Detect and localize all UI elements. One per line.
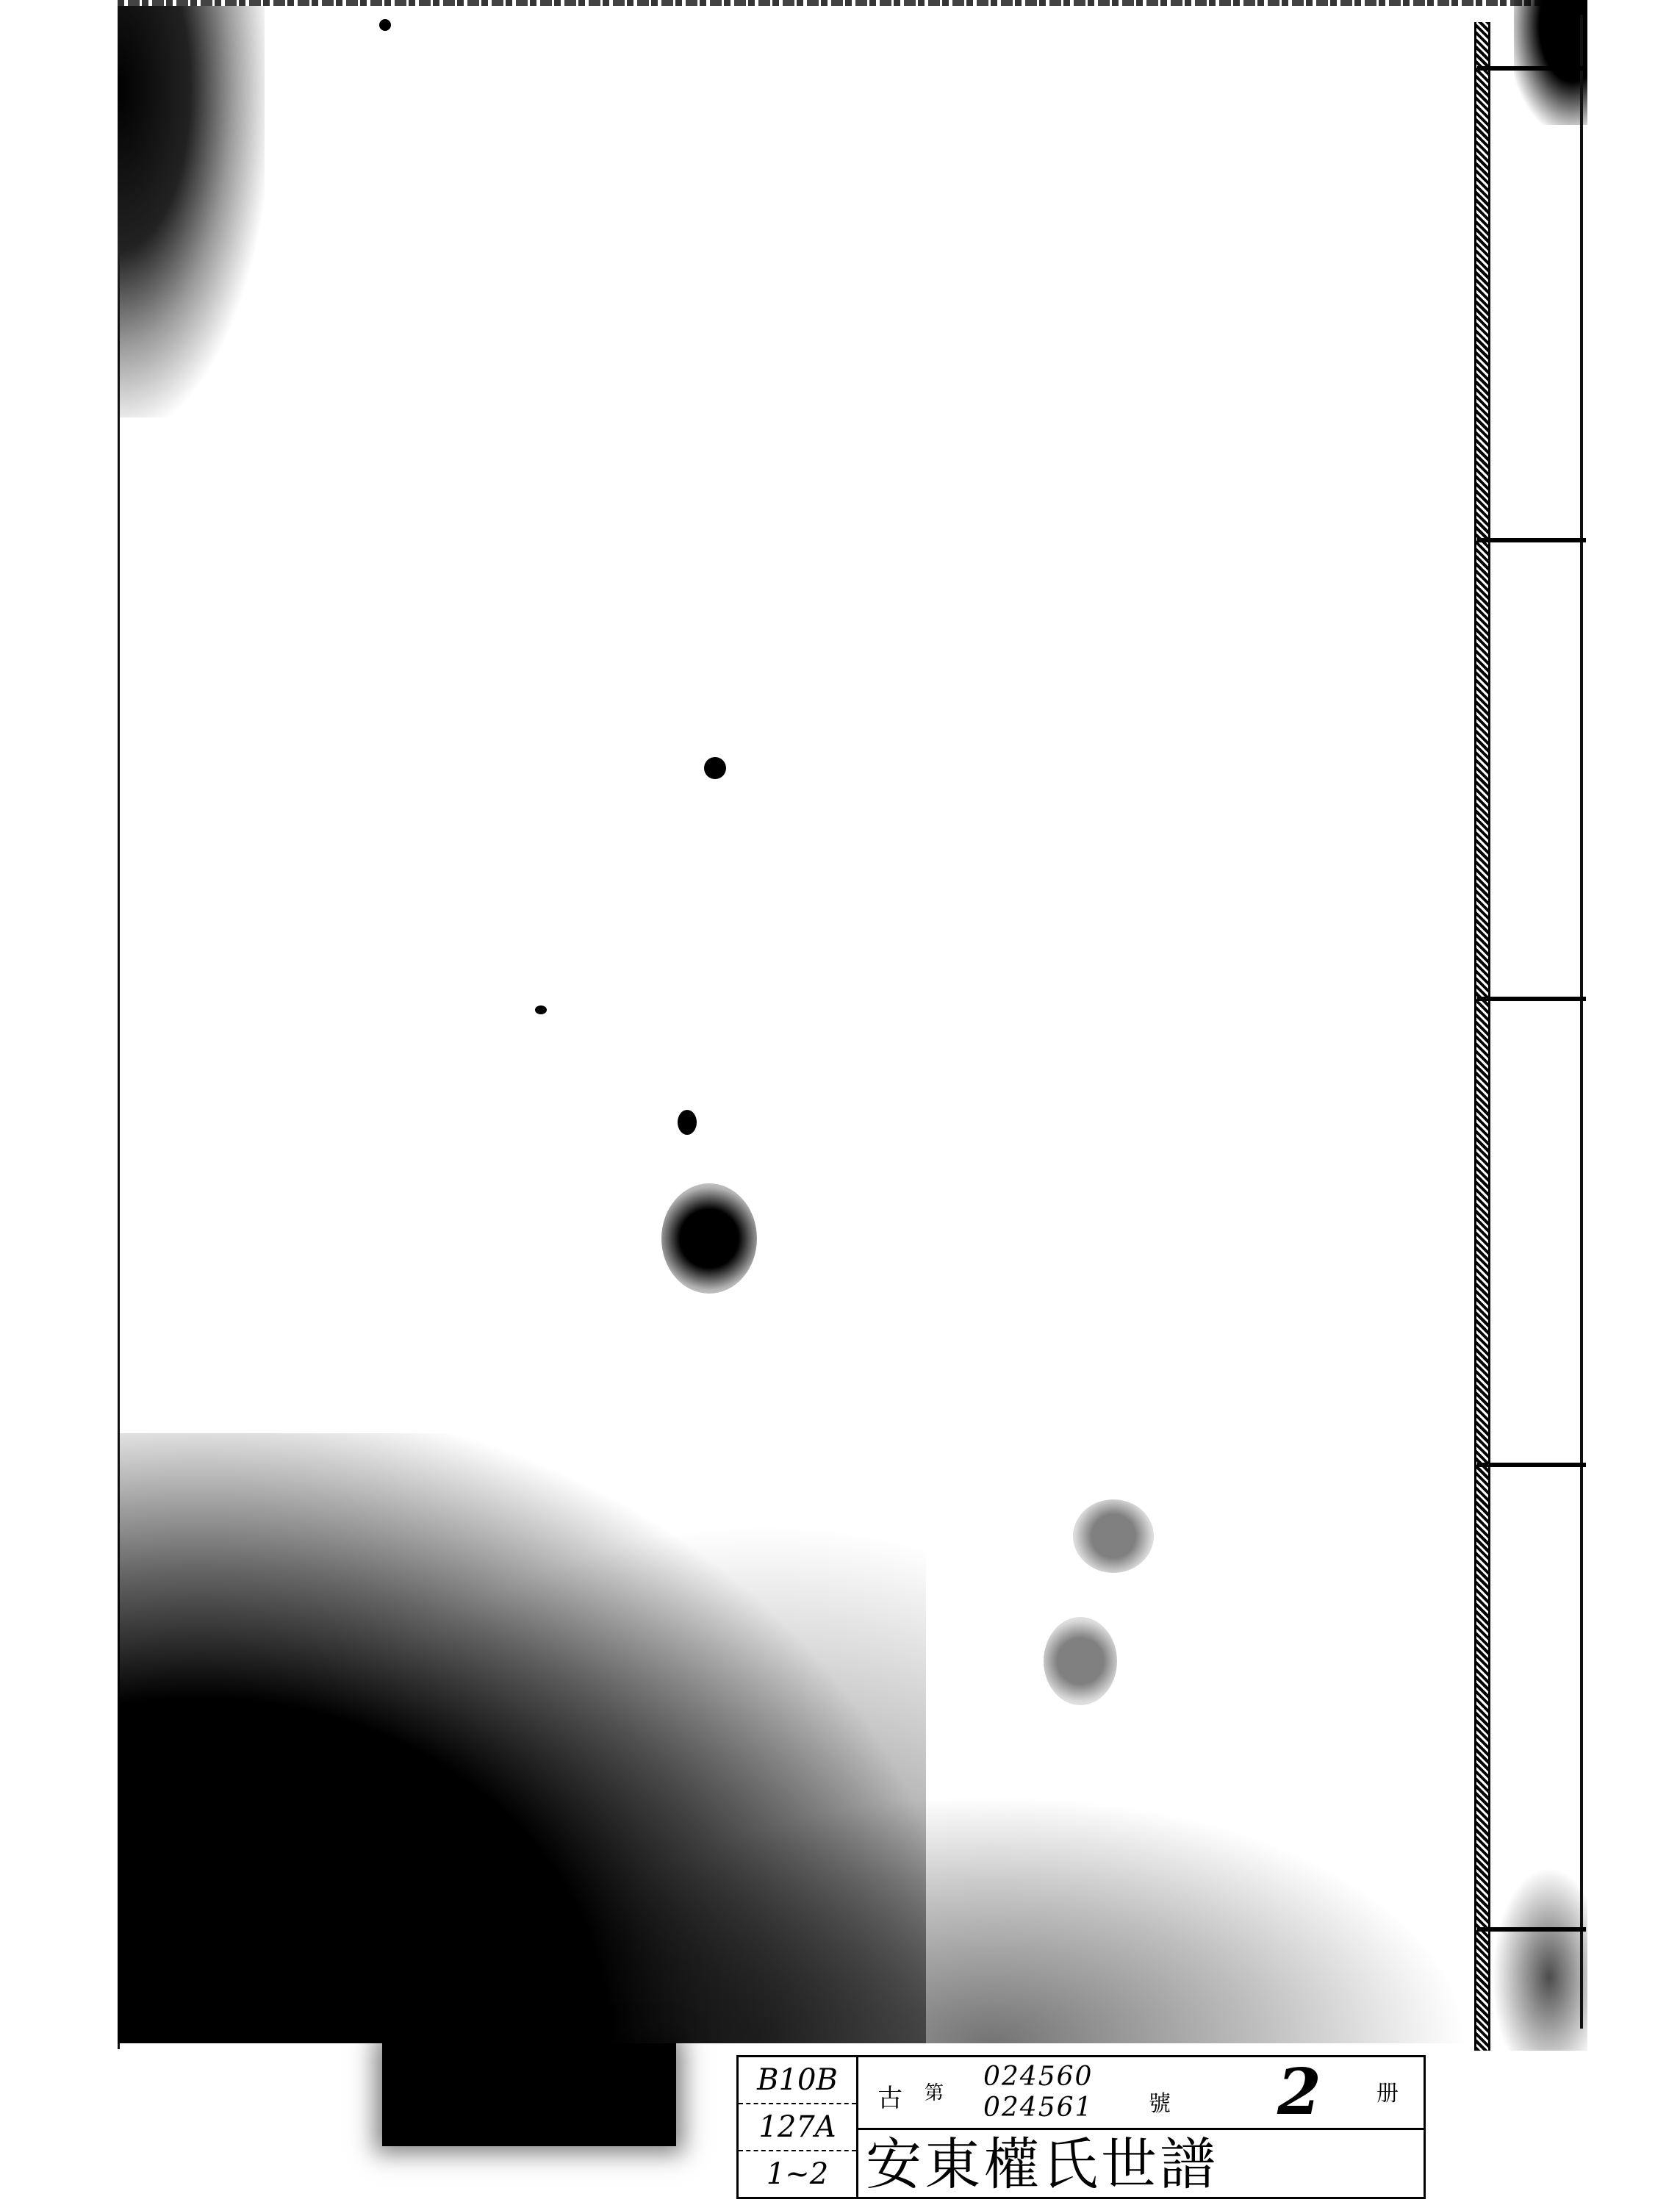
call-number-line: 127A [739,2103,856,2150]
call-number: B10B 127A 1~2 [739,2057,858,2197]
catalog-number-row: 古 第 024560 024561 號 2 册 [858,2057,1424,2130]
catalog-numbers: 024560 024561 [983,2062,1093,2123]
spine-edge [1580,15,1583,2029]
ink-spot [704,757,726,779]
ink-spot [678,1110,697,1135]
binding-stitch [1477,997,1586,1001]
ink-stain [1044,1617,1117,1705]
stain-bottom [514,1793,1470,2043]
ink-stain [1073,1499,1154,1573]
stain-top-right [1514,0,1587,125]
number-suffix: 號 [1149,2085,1171,2118]
stain-top-left [118,6,265,417]
prefix-old: 古 [877,2078,902,2114]
binding-stitch [1477,538,1586,542]
catalog-label: B10B 127A 1~2 古 第 024560 024561 號 2 册 安東… [736,2055,1426,2199]
call-number-line: 1~2 [739,2150,856,2197]
catalog-number: 024560 [983,2062,1093,2093]
volume-unit: 册 [1376,2075,1399,2107]
volume-count: 2 [1277,2057,1321,2128]
call-number-line: B10B [739,2057,856,2103]
catalog-number: 024561 [983,2093,1093,2123]
prefix-ordinal: 第 [925,2078,944,2105]
ink-spot [535,1005,547,1014]
book-title: 安東權氏世譜 [866,2133,1218,2196]
binding-stitch [1477,1927,1586,1932]
scan-shadow [382,2043,676,2146]
ink-spot [379,19,391,31]
ink-stain [661,1183,757,1294]
binding-stitch [1477,1463,1586,1467]
stain-bottom-right [1492,1867,1587,2051]
binding-cord [1474,22,1490,2051]
binding-stitch [1477,66,1586,71]
